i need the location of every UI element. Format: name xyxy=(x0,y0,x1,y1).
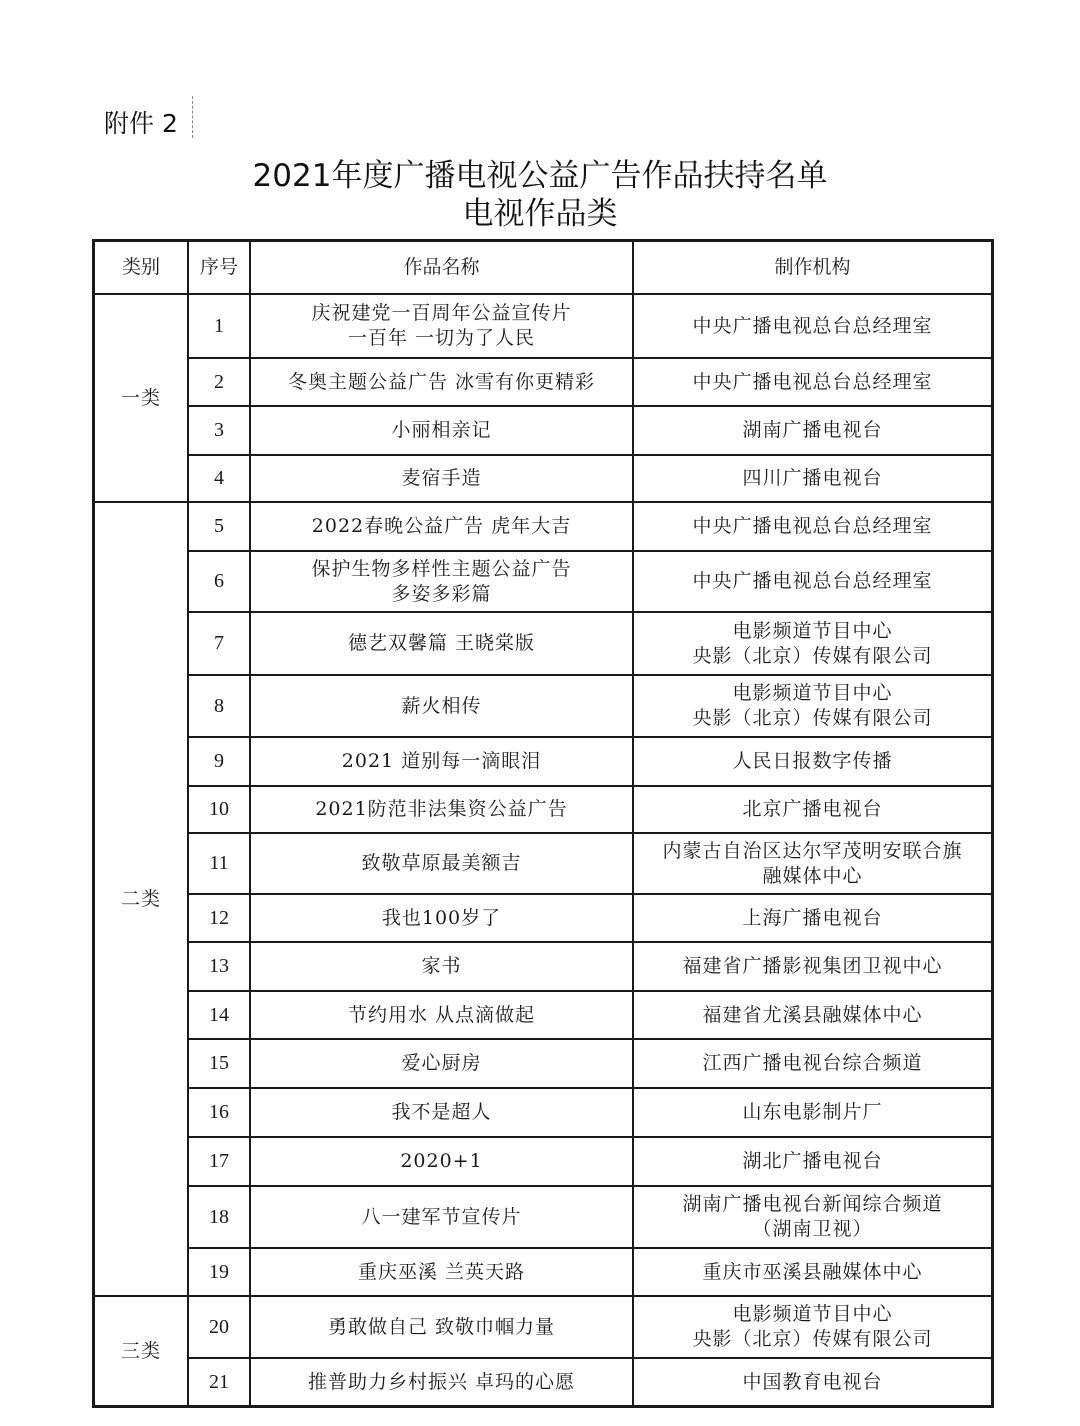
number-cell: 20 xyxy=(188,1296,250,1358)
work-name-cell: 小丽相亲记 xyxy=(250,406,633,455)
producer-cell: 电影频道节目中心央影（北京）传媒有限公司 xyxy=(633,675,992,737)
producer-cell: 重庆市巫溪县融媒体中心 xyxy=(633,1248,992,1296)
producer-line: 江西广播电视台综合频道 xyxy=(638,1051,987,1076)
table-row: 11致敬草原最美额吉内蒙古自治区达尔罕茂明安联合旗融媒体中心 xyxy=(94,833,992,894)
producer-cell: 江西广播电视台综合频道 xyxy=(633,1039,992,1088)
work-name-line: 2022春晚公益广告 虎年大吉 xyxy=(255,514,628,539)
producer-line: （湖南卫视） xyxy=(638,1217,987,1242)
work-name-line: 节约用水 从点滴做起 xyxy=(255,1003,628,1028)
work-name-cell: 八一建军节宣传片 xyxy=(250,1186,633,1248)
number-cell: 6 xyxy=(188,551,250,612)
table-row: 三类20勇敢做自己 致敬巾帼力量电影频道节目中心央影（北京）传媒有限公司 xyxy=(94,1296,992,1358)
producer-cell: 湖北广播电视台 xyxy=(633,1137,992,1186)
header-category: 类别 xyxy=(94,241,188,294)
producer-line: 电影频道节目中心 xyxy=(638,1302,987,1327)
header-producer: 制作机构 xyxy=(633,241,992,294)
producer-line: 四川广播电视台 xyxy=(638,466,987,491)
number-cell: 3 xyxy=(188,406,250,455)
work-name-cell: 麦宿手造 xyxy=(250,455,633,502)
producer-cell: 中央广播电视总台总经理室 xyxy=(633,294,992,358)
table-row: 二类52022春晚公益广告 虎年大吉中央广播电视总台总经理室 xyxy=(94,502,992,551)
work-name-cell: 我不是超人 xyxy=(250,1088,633,1137)
table-row: 102021防范非法集资公益广告北京广播电视台 xyxy=(94,786,992,833)
producer-line: 融媒体中心 xyxy=(638,864,987,889)
work-name-line: 冬奥主题公益广告 冰雪有你更精彩 xyxy=(255,370,628,395)
work-name-cell: 保护生物多样性主题公益广告多姿多彩篇 xyxy=(250,551,633,612)
table-body: 一类1庆祝建党一百周年公益宣传片一百年 一切为了人民中央广播电视总台总经理室2冬… xyxy=(94,294,992,1406)
number-cell: 17 xyxy=(188,1137,250,1186)
producer-cell: 中央广播电视总台总经理室 xyxy=(633,551,992,612)
producer-line: 中央广播电视总台总经理室 xyxy=(638,569,987,594)
producer-line: 央影（北京）传媒有限公司 xyxy=(638,1327,987,1352)
document-subtitle: 电视作品类 xyxy=(0,188,1080,233)
number-cell: 10 xyxy=(188,786,250,833)
number-cell: 11 xyxy=(188,833,250,894)
work-name-cell: 冬奥主题公益广告 冰雪有你更精彩 xyxy=(250,358,633,406)
producer-cell: 北京广播电视台 xyxy=(633,786,992,833)
number-cell: 4 xyxy=(188,455,250,502)
table-row: 92021 道别每一滴眼泪人民日报数字传播 xyxy=(94,737,992,786)
work-name-line: 家书 xyxy=(255,954,628,979)
producer-line: 央影（北京）传媒有限公司 xyxy=(638,644,987,669)
producer-line: 福建省尤溪县融媒体中心 xyxy=(638,1003,987,1028)
work-name-line: 我也100岁了 xyxy=(255,906,628,931)
producer-line: 电影频道节目中心 xyxy=(638,619,987,644)
work-name-line: 我不是超人 xyxy=(255,1100,628,1125)
work-name-line: 一百年 一切为了人民 xyxy=(255,326,628,351)
category-cell: 二类 xyxy=(94,502,188,1296)
work-name-line: 勇敢做自己 致敬巾帼力量 xyxy=(255,1315,628,1340)
producer-line: 中央广播电视总台总经理室 xyxy=(638,514,987,539)
producer-line: 中国教育电视台 xyxy=(638,1370,987,1395)
work-name-cell: 爱心厨房 xyxy=(250,1039,633,1088)
work-name-cell: 我也100岁了 xyxy=(250,894,633,942)
work-name-cell: 家书 xyxy=(250,942,633,991)
producer-line: 湖北广播电视台 xyxy=(638,1149,987,1174)
work-name-cell: 2022春晚公益广告 虎年大吉 xyxy=(250,502,633,551)
work-name-line: 2020+1 xyxy=(255,1149,628,1174)
number-cell: 7 xyxy=(188,612,250,675)
work-name-cell: 2020+1 xyxy=(250,1137,633,1186)
number-cell: 12 xyxy=(188,894,250,942)
work-name-line: 德艺双馨篇 王晓棠版 xyxy=(255,631,628,656)
work-name-line: 庆祝建党一百周年公益宣传片 xyxy=(255,301,628,326)
producer-line: 山东电影制片厂 xyxy=(638,1100,987,1125)
producer-line: 中央广播电视总台总经理室 xyxy=(638,370,987,395)
producer-cell: 湖南广播电视台新闻综合频道（湖南卫视） xyxy=(633,1186,992,1248)
producer-cell: 山东电影制片厂 xyxy=(633,1088,992,1137)
table-row: 7德艺双馨篇 王晓棠版电影频道节目中心央影（北京）传媒有限公司 xyxy=(94,612,992,675)
producer-cell: 福建省尤溪县融媒体中心 xyxy=(633,991,992,1039)
number-cell: 18 xyxy=(188,1186,250,1248)
work-name-cell: 勇敢做自己 致敬巾帼力量 xyxy=(250,1296,633,1358)
number-cell: 16 xyxy=(188,1088,250,1137)
work-name-line: 2021防范非法集资公益广告 xyxy=(255,797,628,822)
work-name-line: 爱心厨房 xyxy=(255,1051,628,1076)
table-row: 15爱心厨房江西广播电视台综合频道 xyxy=(94,1039,992,1088)
producer-cell: 中央广播电视总台总经理室 xyxy=(633,502,992,551)
table-header-row: 类别 序号 作品名称 制作机构 xyxy=(94,241,992,294)
attachment-label: 附件 2 xyxy=(104,104,178,140)
table-row: 4麦宿手造四川广播电视台 xyxy=(94,455,992,502)
table-row: 172020+1湖北广播电视台 xyxy=(94,1137,992,1186)
producer-line: 中央广播电视总台总经理室 xyxy=(638,314,987,339)
work-name-line: 保护生物多样性主题公益广告 xyxy=(255,557,628,582)
producer-line: 人民日报数字传播 xyxy=(638,749,987,774)
table-row: 6保护生物多样性主题公益广告多姿多彩篇中央广播电视总台总经理室 xyxy=(94,551,992,612)
work-name-cell: 2021防范非法集资公益广告 xyxy=(250,786,633,833)
number-cell: 2 xyxy=(188,358,250,406)
number-cell: 21 xyxy=(188,1358,250,1406)
work-name-line: 薪火相传 xyxy=(255,694,628,719)
table-row: 19重庆巫溪 兰英天路重庆市巫溪县融媒体中心 xyxy=(94,1248,992,1296)
work-name-cell: 节约用水 从点滴做起 xyxy=(250,991,633,1039)
category-cell: 三类 xyxy=(94,1296,188,1406)
number-cell: 9 xyxy=(188,737,250,786)
producer-cell: 人民日报数字传播 xyxy=(633,737,992,786)
work-name-line: 致敬草原最美额吉 xyxy=(255,851,628,876)
table-row: 18八一建军节宣传片湖南广播电视台新闻综合频道（湖南卫视） xyxy=(94,1186,992,1248)
table-row: 13家书福建省广播影视集团卫视中心 xyxy=(94,942,992,991)
work-name-line: 多姿多彩篇 xyxy=(255,582,628,607)
work-name-line: 麦宿手造 xyxy=(255,466,628,491)
table-row: 8薪火相传电影频道节目中心央影（北京）传媒有限公司 xyxy=(94,675,992,737)
producer-line: 北京广播电视台 xyxy=(638,797,987,822)
work-name-cell: 庆祝建党一百周年公益宣传片一百年 一切为了人民 xyxy=(250,294,633,358)
producer-cell: 四川广播电视台 xyxy=(633,455,992,502)
number-cell: 1 xyxy=(188,294,250,358)
work-name-cell: 推普助力乡村振兴 卓玛的心愿 xyxy=(250,1358,633,1406)
work-name-cell: 致敬草原最美额吉 xyxy=(250,833,633,894)
producer-cell: 中央广播电视总台总经理室 xyxy=(633,358,992,406)
number-cell: 8 xyxy=(188,675,250,737)
number-cell: 5 xyxy=(188,502,250,551)
producer-line: 上海广播电视台 xyxy=(638,906,987,931)
producer-line: 福建省广播影视集团卫视中心 xyxy=(638,954,987,979)
header-number: 序号 xyxy=(188,241,250,294)
producer-line: 重庆市巫溪县融媒体中心 xyxy=(638,1260,987,1285)
number-cell: 19 xyxy=(188,1248,250,1296)
work-name-line: 推普助力乡村振兴 卓玛的心愿 xyxy=(255,1370,628,1395)
table-row: 3小丽相亲记湖南广播电视台 xyxy=(94,406,992,455)
producer-line: 湖南广播电视台 xyxy=(638,418,987,443)
work-name-cell: 重庆巫溪 兰英天路 xyxy=(250,1248,633,1296)
work-name-line: 八一建军节宣传片 xyxy=(255,1205,628,1230)
table-row: 2冬奥主题公益广告 冰雪有你更精彩中央广播电视总台总经理室 xyxy=(94,358,992,406)
award-list-table: 类别 序号 作品名称 制作机构 一类1庆祝建党一百周年公益宣传片一百年 一切为了… xyxy=(93,240,993,1407)
producer-cell: 电影频道节目中心央影（北京）传媒有限公司 xyxy=(633,1296,992,1358)
number-cell: 15 xyxy=(188,1039,250,1088)
producer-cell: 中国教育电视台 xyxy=(633,1358,992,1406)
margin-mark xyxy=(192,96,193,138)
producer-cell: 内蒙古自治区达尔罕茂明安联合旗融媒体中心 xyxy=(633,833,992,894)
table-row: 一类1庆祝建党一百周年公益宣传片一百年 一切为了人民中央广播电视总台总经理室 xyxy=(94,294,992,358)
producer-cell: 电影频道节目中心央影（北京）传媒有限公司 xyxy=(633,612,992,675)
number-cell: 14 xyxy=(188,991,250,1039)
work-name-cell: 德艺双馨篇 王晓棠版 xyxy=(250,612,633,675)
number-cell: 13 xyxy=(188,942,250,991)
producer-cell: 福建省广播影视集团卫视中心 xyxy=(633,942,992,991)
work-name-line: 重庆巫溪 兰英天路 xyxy=(255,1260,628,1285)
producer-line: 内蒙古自治区达尔罕茂明安联合旗 xyxy=(638,839,987,864)
table-row: 14节约用水 从点滴做起福建省尤溪县融媒体中心 xyxy=(94,991,992,1039)
header-work-name: 作品名称 xyxy=(250,241,633,294)
producer-line: 电影频道节目中心 xyxy=(638,681,987,706)
work-name-line: 2021 道别每一滴眼泪 xyxy=(255,749,628,774)
category-cell: 一类 xyxy=(94,294,188,502)
table-row: 12我也100岁了上海广播电视台 xyxy=(94,894,992,942)
work-name-cell: 薪火相传 xyxy=(250,675,633,737)
work-name-line: 小丽相亲记 xyxy=(255,418,628,443)
producer-cell: 湖南广播电视台 xyxy=(633,406,992,455)
table-row: 21推普助力乡村振兴 卓玛的心愿中国教育电视台 xyxy=(94,1358,992,1406)
work-name-cell: 2021 道别每一滴眼泪 xyxy=(250,737,633,786)
producer-cell: 上海广播电视台 xyxy=(633,894,992,942)
producer-line: 央影（北京）传媒有限公司 xyxy=(638,706,987,731)
producer-line: 湖南广播电视台新闻综合频道 xyxy=(638,1192,987,1217)
table-row: 16我不是超人山东电影制片厂 xyxy=(94,1088,992,1137)
